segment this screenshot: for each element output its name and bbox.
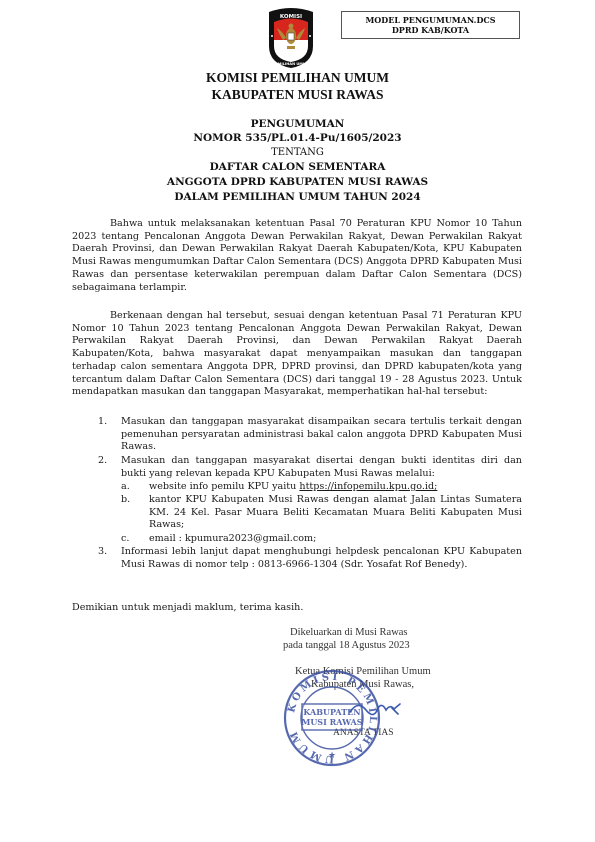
closing-statement: Demikian untuk menjadi maklum, terima ka… — [72, 602, 303, 613]
paragraph-2: Berkenaan dengan hal tersebut, sesuai de… — [72, 310, 522, 399]
announcement-title: PENGUMUMAN — [0, 118, 595, 130]
org-name-line-1: KOMISI PEMILIHAN UMUM — [0, 70, 595, 86]
signature-scribble — [348, 694, 408, 720]
paragraph-1: Bahwa untuk melaksanakan ketentuan Pasal… — [72, 218, 522, 294]
issued-date: pada tanggal 18 Agustus 2023 — [283, 640, 410, 651]
model-line-1: MODEL PENGUMUMAN.DCS — [342, 15, 519, 25]
subject-line-3: DALAM PEMILIHAN UMUM TAHUN 2024 — [0, 191, 595, 203]
svg-text:KOMISI: KOMISI — [280, 14, 302, 20]
document-page: KOMISI PEMILIHAN UMUM MODEL PENGUMUMAN.D… — [0, 0, 595, 842]
announcement-about: TENTANG — [0, 147, 595, 158]
kpu-logo-icon: KOMISI PEMILIHAN UMUM — [263, 6, 319, 70]
announcement-number: NOMOR 535/PL.01.4-Pu/1605/2023 — [0, 132, 595, 144]
model-line-2: DPRD KAB/KOTA — [342, 25, 519, 35]
subject-line-1: DAFTAR CALON SEMENTARA — [0, 161, 595, 173]
org-name-line-2: KABUPATEN MUSI RAWAS — [0, 87, 595, 103]
svg-text:★: ★ — [328, 750, 336, 760]
infopemilu-link[interactable]: https://infopemilu.kpu.go.id; — [299, 481, 437, 492]
svg-text:PEMILIHAN UMUM: PEMILIHAN UMUM — [273, 62, 310, 66]
subject-line-2: ANGGOTA DPRD KABUPATEN MUSI RAWAS — [0, 176, 595, 188]
issued-at: Dikeluarkan di Musi Rawas — [290, 627, 408, 638]
model-label-box: MODEL PENGUMUMAN.DCS DPRD KAB/KOTA — [341, 11, 520, 39]
